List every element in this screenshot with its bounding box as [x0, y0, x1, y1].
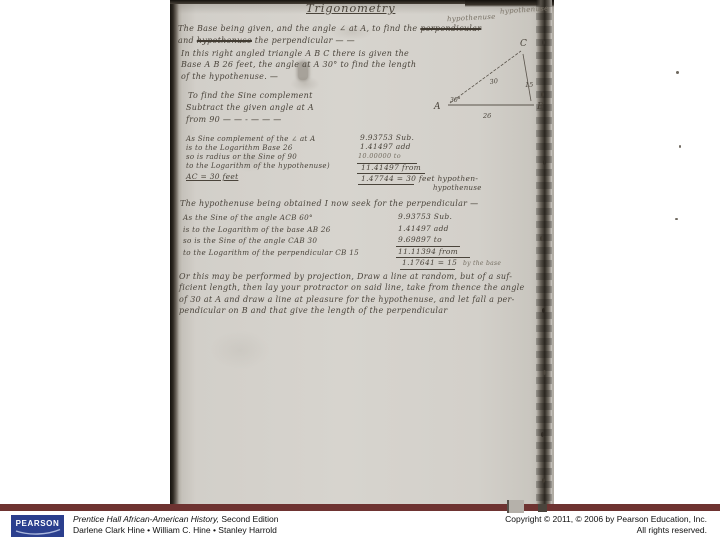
calc-label: As Sine complement of the ∠ at A: [186, 136, 315, 143]
calc-value: 11.41497 from: [361, 164, 421, 172]
base-length: 26: [482, 112, 491, 120]
calc-label: to the Logarithm of the perpendicular CB…: [183, 249, 359, 256]
paper-stain: [210, 330, 270, 370]
inserted-word: hypothenuse: [447, 14, 496, 24]
manuscript-line: pendicular on B and that give the length…: [179, 307, 447, 315]
line-text: the perpendicular — —: [252, 36, 355, 45]
calc-label: so is the Sine of the angle CAB 30: [183, 237, 317, 244]
triangle-diagram: A B C 30° 30 15 26: [428, 33, 554, 128]
hypotenuse-length: 30: [489, 77, 498, 86]
sum-rule: [396, 246, 460, 247]
calc-label: As the Sine of the angle ACB 60°: [183, 214, 313, 221]
manuscript-line: Subtract the given angle at A: [186, 104, 314, 112]
dust-speck: [679, 145, 681, 148]
manuscript-line: The hypothenuse being obtained I now see…: [180, 200, 478, 208]
angle-a-value: 30°: [450, 97, 461, 104]
calc-label: is to the Logarithm Base 26: [186, 145, 293, 152]
presentation-slide: Trigonometry hypothenuse hypothenuse The…: [0, 0, 720, 540]
sum-rule: [396, 257, 470, 258]
divider-bar: [0, 504, 720, 511]
manuscript-line: In this right angled triangle A B C ther…: [181, 50, 409, 58]
line-text: and: [178, 36, 197, 45]
copyright-line2: All rights reserved.: [505, 525, 707, 536]
manuscript-line: of 30 at A and draw a line at pleasure f…: [179, 296, 515, 304]
pearson-swoosh-icon: [11, 515, 64, 537]
scan-bleed: [507, 500, 524, 513]
struck-word: hypothenuse: [197, 36, 252, 45]
calc-label: so is radius or the Sine of 90: [186, 154, 297, 161]
calc-value: 1.41497 add: [398, 225, 449, 233]
copyright-block: Copyright © 2011, © 2006 by Pearson Educ…: [505, 514, 707, 536]
book-edition: Second Edition: [219, 514, 279, 524]
manuscript-line: To find the Sine complement: [188, 92, 313, 100]
calc-label: to the Logarithm of the hypothenuse): [186, 163, 330, 170]
scan-bleed-edge: [538, 504, 547, 512]
calc-value: 9.69897 to: [398, 236, 442, 244]
result-underline: [400, 269, 455, 270]
book-authors: Darlene Clark Hine • William C. Hine • S…: [73, 525, 279, 536]
manuscript-scan: Trigonometry hypothenuse hypothenuse The…: [170, 0, 554, 504]
manuscript-line: Or this may be performed by projection, …: [179, 273, 512, 281]
calc-result-tail: hypothenuse: [433, 185, 482, 192]
calc-value: 10.00000 to: [358, 153, 401, 160]
calc-result-tail: by the base: [463, 261, 501, 267]
calc-result: 1.17641 = 15: [402, 259, 457, 267]
calc-label: is to the Logarithm of the base AB 26: [183, 226, 331, 233]
book-title-line: Prentice Hall African-American History, …: [73, 514, 279, 525]
calc-value: 9.93753 Sub.: [398, 213, 452, 221]
height-length: 15: [525, 81, 533, 89]
triangle-hypotenuse-line: [450, 51, 521, 103]
manuscript-line: and hypothenuse the perpendicular — —: [178, 37, 355, 45]
vertex-c-label: C: [520, 39, 527, 49]
pearson-logo: PEARSON: [11, 515, 64, 537]
line-text: The Base being given, and the angle ∠ at…: [178, 24, 420, 33]
manuscript-line: from 90 — — - — — —: [186, 116, 282, 124]
manuscript-title: Trigonometry: [306, 3, 395, 15]
calc-label: AC = 30 feet: [186, 173, 238, 181]
manuscript-line: ficient length, then lay your protractor…: [179, 284, 525, 292]
result-underline: [358, 184, 414, 185]
book-title-block: Prentice Hall African-American History, …: [73, 514, 279, 536]
calc-result: 1.47744 = 30 feet hypothen-: [361, 175, 478, 183]
sum-rule: [357, 173, 425, 174]
dust-speck: [675, 218, 678, 220]
copyright-line1: Copyright © 2011, © 2006 by Pearson Educ…: [505, 514, 707, 525]
manuscript-line: Base A B 26 feet, the angle at A 30° to …: [181, 61, 416, 69]
vertex-b-label: B: [536, 102, 544, 112]
dust-speck: [676, 71, 679, 74]
paper-stain: [290, 76, 320, 92]
vertex-a-label: A: [433, 102, 441, 112]
calc-value: 9.93753 Sub.: [360, 134, 414, 142]
book-title: Prentice Hall African-American History,: [73, 514, 219, 524]
manuscript-line: of the hypothenuse. —: [181, 73, 278, 81]
calc-value: 11.11394 from: [398, 248, 458, 256]
manuscript-line: The Base being given, and the angle ∠ at…: [178, 25, 481, 33]
triangle-vertical-line: [523, 54, 531, 101]
struck-word: perpendicular: [420, 24, 481, 33]
sum-rule: [357, 163, 417, 164]
calc-value: 1.41497 add: [360, 143, 411, 151]
